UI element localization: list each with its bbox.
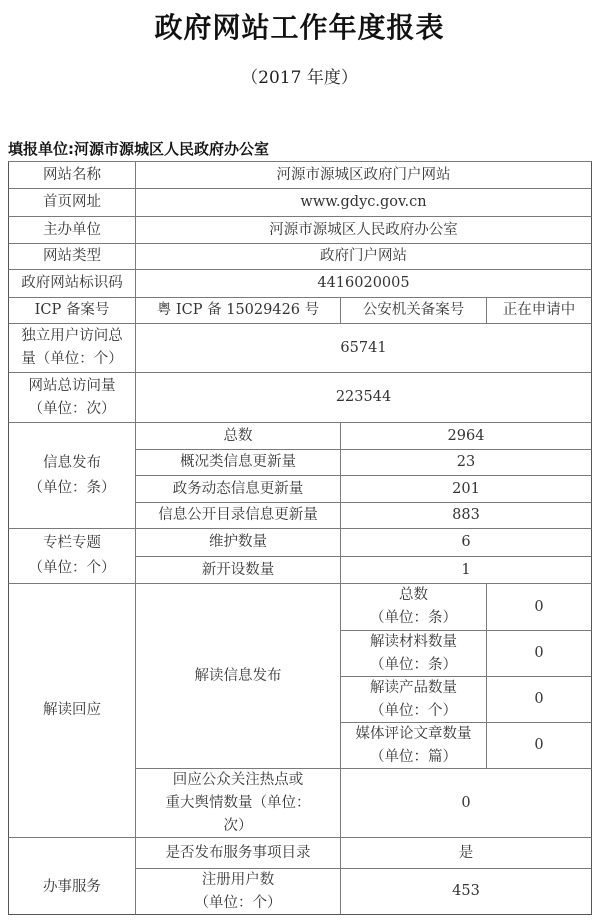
overview-updates-value: 23 [340,449,592,476]
site-id-code-label: 政府网站标识码 [8,269,136,298]
interpretation-products-label: 解读产品数量 （单位：个） [340,676,487,723]
media-articles-value: 0 [486,722,592,769]
public-response-value: 0 [340,768,592,838]
disclosure-updates-label: 信息公开目录信息更新量 [135,502,341,529]
info-publish-label: 信息发布 （单位：条） [8,422,136,529]
registered-users-label: 注册用户数 （单位：个） [135,868,341,915]
public-response-label: 回应公众关注热点或 重大舆情数量（单位： 次） [135,768,341,838]
media-articles-label: 媒体评论文章数量 （单位：篇） [340,722,487,769]
overview-updates-label: 概况类信息更新量 [135,449,341,476]
site-type-label: 网站类型 [8,243,136,270]
icp-value: 粤 ICP 备 15029426 号 [135,297,341,324]
total-visits-label: 网站总访问量 （单位：次） [8,372,136,423]
new-columns-label: 新开设数量 [135,556,341,584]
service-catalog-value: 是 [340,837,592,869]
interpretation-total-value: 0 [486,583,592,631]
services-label: 办事服务 [8,837,136,915]
service-catalog-label: 是否发布服务事项目录 [135,837,341,869]
maintained-count-label: 维护数量 [135,528,341,557]
site-name-label: 网站名称 [8,161,136,189]
interpretation-materials-value: 0 [486,630,592,677]
sponsor-value: 河源市源城区人民政府办公室 [135,216,592,244]
maintained-count-value: 6 [340,528,592,557]
interpretation-materials-label: 解读材料数量 （单位：条） [340,630,487,677]
site-id-code-value: 4416020005 [135,269,592,298]
interpretation-publish-label: 解读信息发布 [135,583,341,769]
sponsor-label: 主办单位 [8,216,136,244]
special-columns-label: 专栏专题 （单位：个） [8,528,136,584]
gov-news-updates-label: 政务动态信息更新量 [135,475,341,503]
report-table: 网站名称 河源市源城区政府门户网站 首页网址 www.gdyc.gov.cn 主… [0,0,599,921]
total-visits-value: 223544 [135,372,592,423]
homepage-url-label: 首页网址 [8,188,136,217]
info-publish-total-value: 2964 [340,422,592,450]
site-name-value: 河源市源城区政府门户网站 [135,161,592,189]
interpretation-label: 解读回应 [8,583,136,838]
info-publish-total-label: 总数 [135,422,341,450]
homepage-url-value: www.gdyc.gov.cn [135,188,592,217]
icp-label: ICP 备案号 [8,297,136,324]
site-type-value: 政府门户网站 [135,243,592,270]
gov-news-updates-value: 201 [340,475,592,503]
unique-visitors-value: 65741 [135,323,592,373]
police-record-label: 公安机关备案号 [340,297,487,324]
unique-visitors-label: 独立用户访问总 量（单位：个） [8,323,136,373]
police-record-value: 正在申请中 [486,297,592,324]
registered-users-value: 453 [340,868,592,915]
new-columns-value: 1 [340,556,592,584]
disclosure-updates-value: 883 [340,502,592,529]
interpretation-total-label: 总数 （单位：条） [340,583,487,631]
interpretation-products-value: 0 [486,676,592,723]
